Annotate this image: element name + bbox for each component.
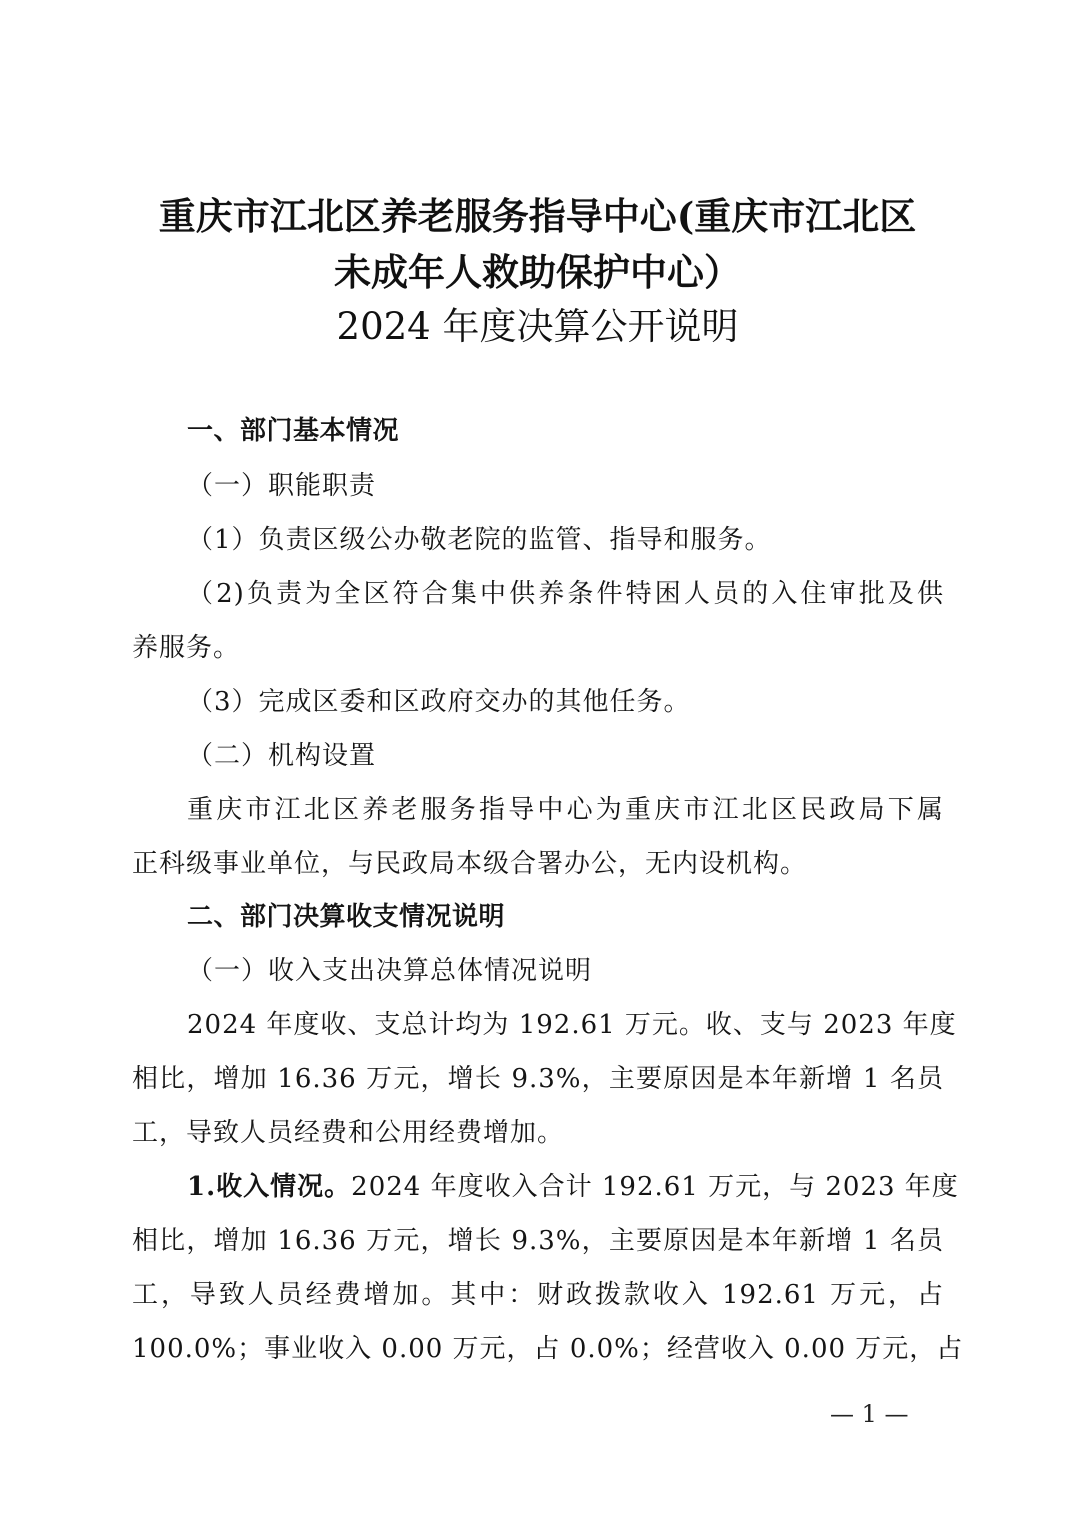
overall-paragraph-line-3: 工，导致人员经费和公用经费增加。 xyxy=(132,1112,944,1149)
document-title-line-1: 重庆市江北区养老服务指导中心(重庆市江北区 xyxy=(120,186,955,240)
subheading-organization: （二）机构设置 xyxy=(187,735,944,772)
income-paragraph-line-4: 100.0%；事业收入 0.00 万元，占 0.0%；经营收入 0.00 万元，… xyxy=(132,1328,944,1365)
duty-item-1: （1）负责区级公办敬老院的监管、指导和服务。 xyxy=(187,519,944,556)
income-paragraph-line-3: 工，导致人员经费增加。其中：财政拨款收入 192.61 万元，占 xyxy=(132,1274,944,1311)
document-page: 重庆市江北区养老服务指导中心(重庆市江北区 未成年人救助保护中心） 2024 年… xyxy=(0,0,1075,1520)
organization-paragraph-continued: 正科级事业单位，与民政局本级合署办公，无内设机构。 xyxy=(132,843,944,880)
duty-item-2: （2)负责为全区符合集中供养条件特困人员的入住审批及供 xyxy=(187,573,944,610)
document-title-line-3: 2024 年度决算公开说明 xyxy=(120,296,955,350)
section-heading-budget: 二、部门决算收支情况说明 xyxy=(187,896,944,933)
overall-paragraph-line-1: 2024 年度收、支总计均为 192.61 万元。收、支与 2023 年度 xyxy=(187,1004,944,1041)
duty-item-2-continued: 养服务。 xyxy=(132,627,944,664)
subheading-overall: （一）收入支出决算总体情况说明 xyxy=(187,950,944,987)
overall-paragraph-line-2: 相比，增加 16.36 万元，增长 9.3%，主要原因是本年新增 1 名员 xyxy=(132,1058,944,1095)
income-label: 1.收入情况。 xyxy=(187,1166,351,1203)
organization-paragraph: 重庆市江北区养老服务指导中心为重庆市江北区民政局下属 xyxy=(187,789,944,826)
income-paragraph-line-1: 1.收入情况。 2024 年度收入合计 192.61 万元，与 2023 年度 xyxy=(187,1166,944,1203)
section-heading-basic-info: 一、部门基本情况 xyxy=(187,410,944,447)
subheading-duties: （一）职能职责 xyxy=(187,465,944,502)
page-number: — 1 — xyxy=(830,1400,909,1428)
income-text: 2024 年度收入合计 192.61 万元，与 2023 年度 xyxy=(351,1166,959,1203)
income-paragraph-line-2: 相比，增加 16.36 万元，增长 9.3%，主要原因是本年新增 1 名员 xyxy=(132,1220,944,1257)
duty-item-3: （3）完成区委和区政府交办的其他任务。 xyxy=(187,681,944,718)
document-title-line-2: 未成年人救助保护中心） xyxy=(120,242,955,296)
